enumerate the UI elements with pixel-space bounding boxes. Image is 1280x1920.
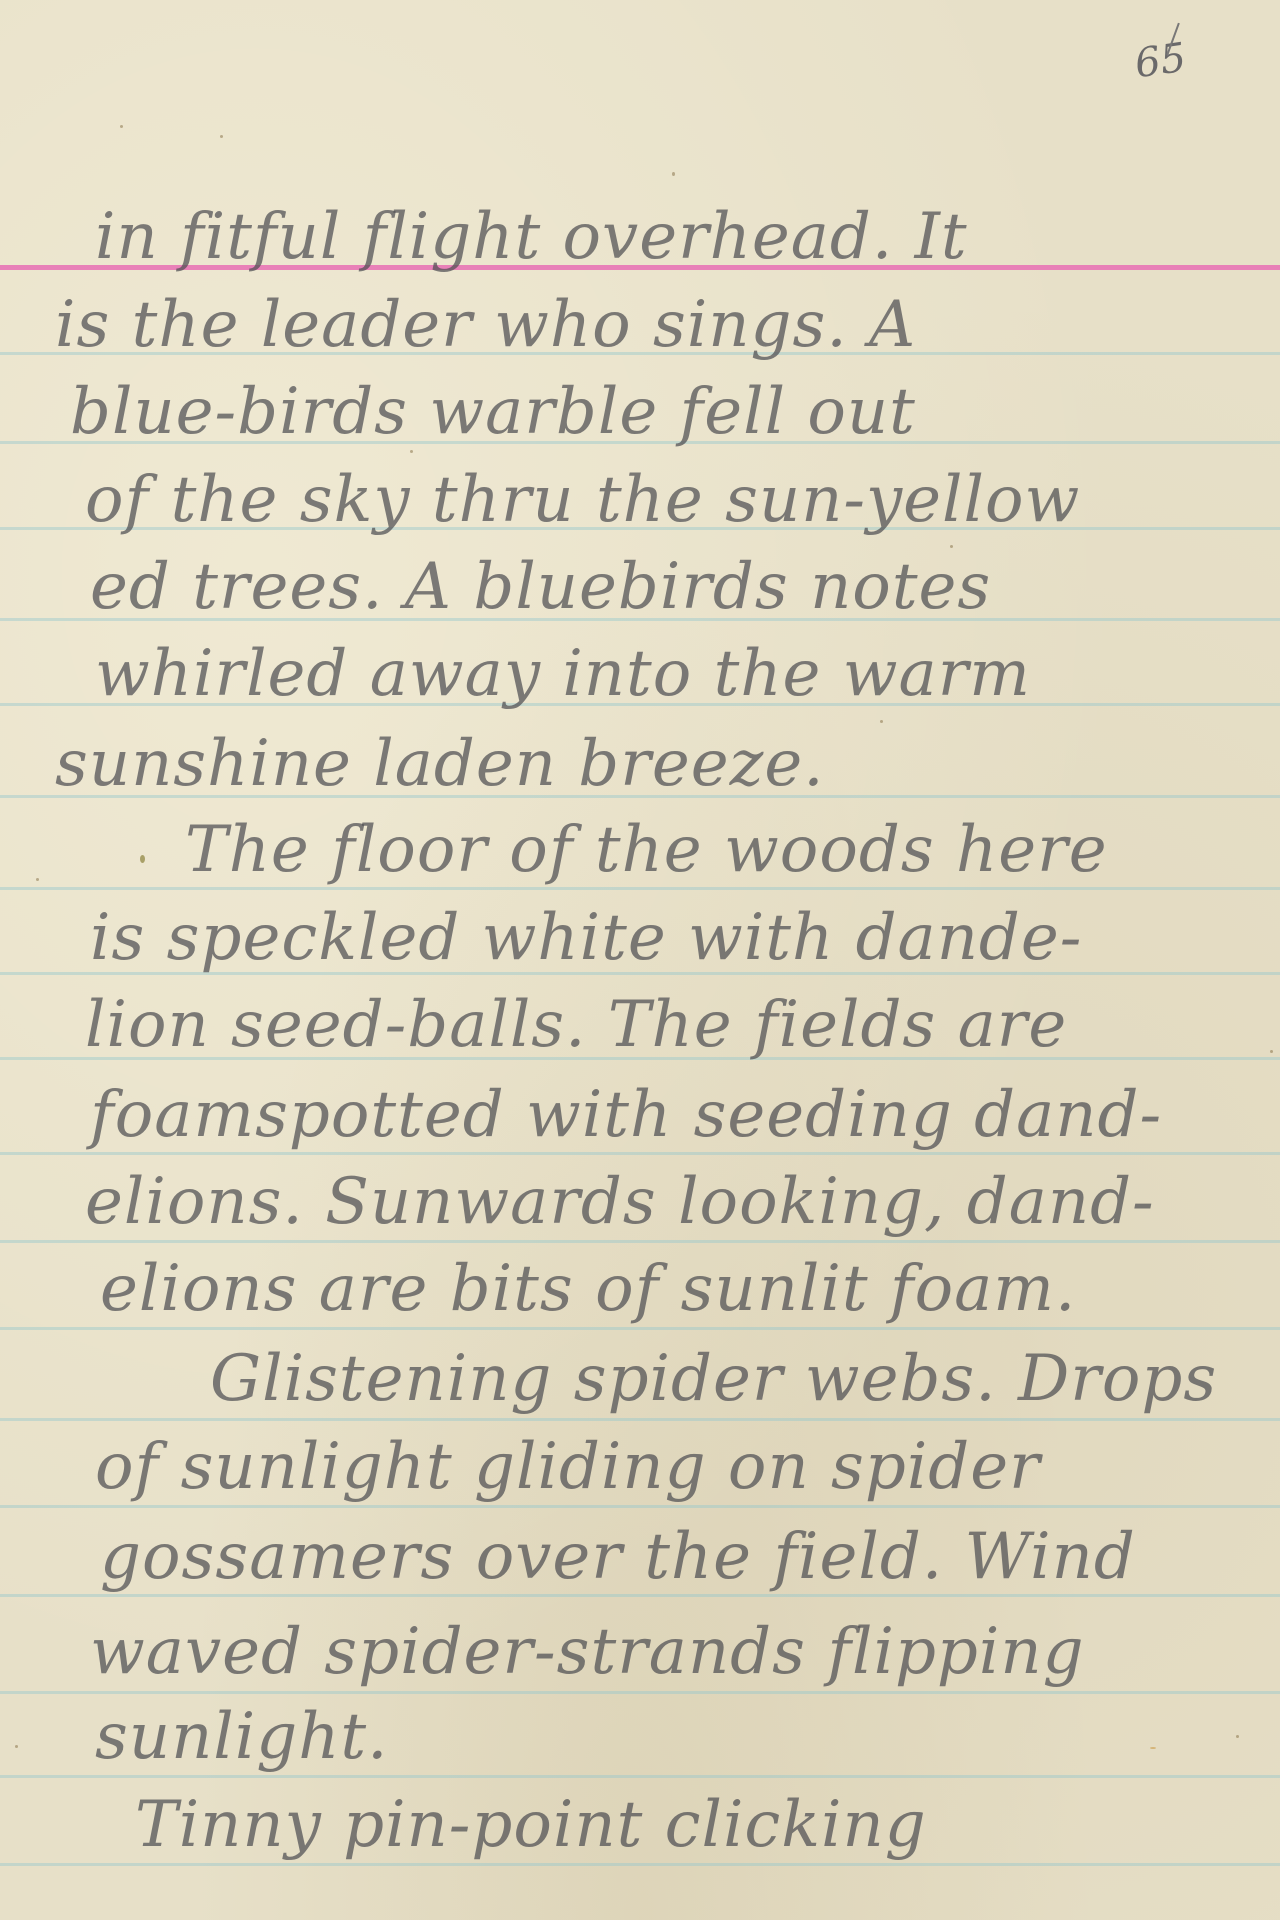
paper-speck xyxy=(1270,1050,1273,1053)
handwritten-line: of sunlight gliding on spider xyxy=(95,1435,1041,1499)
handwritten-line: Glistening spider webs. Drops xyxy=(210,1347,1217,1411)
handwritten-line: in fitful flight overhead. It xyxy=(95,205,968,269)
handwritten-line: whirled away into the warm xyxy=(95,642,1031,706)
ruled-line xyxy=(0,1327,1280,1330)
paper-speck xyxy=(950,545,953,548)
ruled-line xyxy=(0,1240,1280,1243)
handwritten-line: elions are bits of sunlit foam. xyxy=(100,1257,1076,1321)
ruled-line xyxy=(0,1775,1280,1778)
page-number: 65 xyxy=(1132,35,1189,88)
handwritten-line: sunlight. xyxy=(95,1705,388,1769)
handwritten-line: is speckled white with dande- xyxy=(90,906,1082,970)
ruled-line xyxy=(0,887,1280,890)
paper-speck xyxy=(15,1745,18,1748)
handwritten-line: lion seed-balls. The fields are xyxy=(85,993,1067,1057)
handwritten-line: Tinny pin-point clicking xyxy=(135,1793,927,1857)
ruled-line xyxy=(0,1594,1280,1597)
ruled-line xyxy=(0,1152,1280,1155)
handwritten-line: sunshine laden breeze. xyxy=(55,732,825,796)
ruled-line xyxy=(0,1691,1280,1694)
handwritten-line: foamspotted with seeding dand- xyxy=(90,1083,1162,1147)
handwritten-line: The floor of the woods here xyxy=(185,818,1108,882)
handwritten-line: is the leader who sings. A xyxy=(55,293,916,357)
paper-speck xyxy=(1150,1747,1156,1749)
handwritten-line: elions. Sunwards looking, dand- xyxy=(85,1170,1155,1234)
paper-speck xyxy=(410,450,413,453)
paper-speck xyxy=(36,878,39,881)
paper-speck xyxy=(1236,1735,1239,1738)
paper-speck xyxy=(140,855,145,863)
handwritten-line: of the sky thru the sun-yellow xyxy=(85,468,1080,532)
handwritten-line: gossamers over the field. Wind xyxy=(100,1525,1136,1589)
paper-speck xyxy=(672,172,675,176)
paper-speck xyxy=(220,135,223,138)
handwritten-line: ed trees. A bluebirds notes xyxy=(90,555,991,619)
ruled-line xyxy=(0,1863,1280,1866)
paper-speck xyxy=(880,720,883,723)
paper-speck xyxy=(120,125,123,128)
ruled-line xyxy=(0,1505,1280,1508)
notebook-page: 65 in fitful flight overhead. It is the … xyxy=(0,0,1280,1920)
handwritten-line: blue-birds warble fell out xyxy=(70,380,916,444)
ruled-line xyxy=(0,1418,1280,1421)
handwritten-line: waved spider-strands flipping xyxy=(90,1620,1085,1684)
